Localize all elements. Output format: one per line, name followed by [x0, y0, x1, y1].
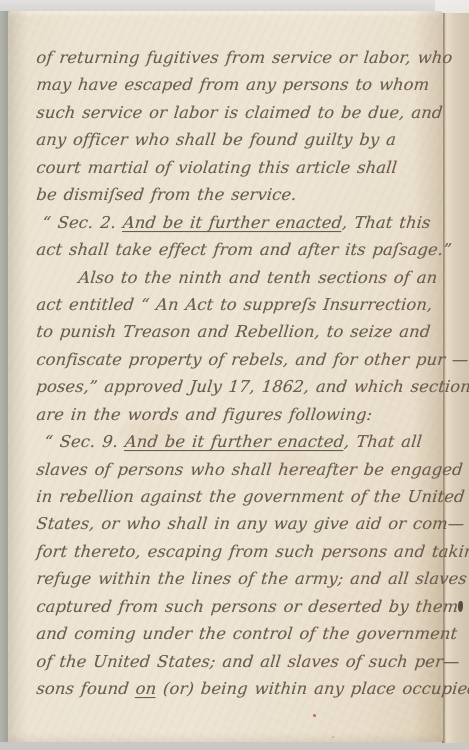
red-ink-speck [313, 714, 316, 717]
underlined-phrase: And be it further enacted [122, 213, 343, 232]
manuscript-line: slaves of persons who shall hereafter be… [35, 456, 440, 483]
text-segment: States, or who shall in any way give aid… [35, 514, 465, 533]
manuscript-line: to punish Treason and Rebellion, to seiz… [35, 318, 440, 345]
manuscript-line: of returning fugitives from service or l… [35, 44, 440, 71]
text-segment: “ Sec. 9. [43, 432, 125, 451]
manuscript-line: of the United States; and all slaves of … [35, 648, 440, 675]
manuscript-line: act entitled “ An Act to suppreſs Insurr… [35, 291, 440, 318]
manuscript-line: may have escaped from any persons to who… [35, 71, 440, 98]
manuscript-line: sons found on (or) being within any plac… [35, 675, 440, 702]
text-segment: are in the words and figures following: [35, 405, 373, 424]
manuscript-text: of returning fugitives from service or l… [35, 44, 437, 703]
text-segment: refuge within the lines of the army; and… [35, 569, 467, 588]
manuscript-line: and coming under the control of the gove… [35, 620, 440, 647]
text-segment: sons found [35, 679, 136, 698]
manuscript-line: refuge within the lines of the army; and… [35, 565, 440, 592]
text-segment: to punish Treason and Rebellion, to seiz… [35, 322, 431, 341]
manuscript-line: “ Sec. 2. And be it further enacted, Tha… [35, 209, 440, 236]
manuscript-line: fort thereto, escaping from such persons… [35, 538, 440, 565]
text-segment: , That all [343, 432, 423, 451]
manuscript-line: captured from such persons or deserted b… [35, 593, 440, 620]
manuscript-line: act shall take effect from and after its… [35, 236, 440, 263]
manuscript-page: of returning fugitives from service or l… [8, 11, 443, 742]
manuscript-line: be dismiſsed from the service. [35, 181, 440, 208]
red-ink-speck [332, 736, 334, 738]
text-segment: act shall take effect from and after its… [35, 240, 452, 259]
manuscript-photo: { "document": { "kind": "handwritten man… [0, 0, 469, 750]
text-segment: (or) being within any place occupied [155, 679, 469, 698]
manuscript-line: States, or who shall in any way give aid… [35, 510, 440, 537]
text-segment: court martial of violating this article … [35, 158, 397, 177]
backdrop-bottom-strip [0, 742, 469, 750]
manuscript-line: are in the words and figures following: [35, 401, 440, 428]
text-segment: in rebellion against the government of t… [35, 487, 465, 506]
text-segment: such service or labor is claimed to be d… [35, 103, 443, 122]
text-segment: Also to the ninth and tenth sections of … [77, 268, 438, 287]
text-segment: and coming under the control of the gove… [35, 624, 458, 643]
text-segment: poses,” approved July 17, 1862, and whic… [35, 377, 469, 396]
text-segment: “ Sec. 2. [41, 213, 123, 232]
manuscript-line: any officer who shall be found guilty by… [35, 126, 440, 153]
text-segment: any officer who shall be found guilty by… [35, 130, 397, 149]
text-segment: slaves of persons who shall hereafter be… [35, 460, 463, 479]
text-segment: of returning fugitives from service or l… [35, 48, 453, 67]
text-segment: confiscate property of rebels, and for o… [35, 350, 469, 369]
gutter-shadow [8, 11, 28, 742]
manuscript-line: poses,” approved July 17, 1862, and whic… [35, 373, 440, 400]
manuscript-line: such service or labor is claimed to be d… [35, 99, 440, 126]
text-segment: of the United States; and all slaves of … [35, 652, 460, 671]
manuscript-line: court martial of violating this article … [35, 154, 440, 181]
manuscript-line: confiscate property of rebels, and for o… [35, 346, 440, 373]
manuscript-line: “ Sec. 9. And be it further enacted, Tha… [35, 428, 440, 455]
text-segment: act entitled “ An Act to suppreſs Insurr… [35, 295, 433, 314]
text-segment: captured from such persons or deserted b… [35, 597, 459, 616]
text-segment: fort thereto, escaping from such persons… [35, 542, 469, 561]
manuscript-line: in rebellion against the government of t… [35, 483, 440, 510]
underlined-phrase: And be it further enacted [124, 432, 345, 451]
text-segment: may have escaped from any persons to who… [35, 75, 430, 94]
text-segment: , That this [341, 213, 431, 232]
manuscript-line: Also to the ninth and tenth sections of … [35, 264, 440, 291]
text-segment: be dismiſsed from the service. [35, 185, 297, 204]
underlined-phrase: on [135, 679, 158, 698]
